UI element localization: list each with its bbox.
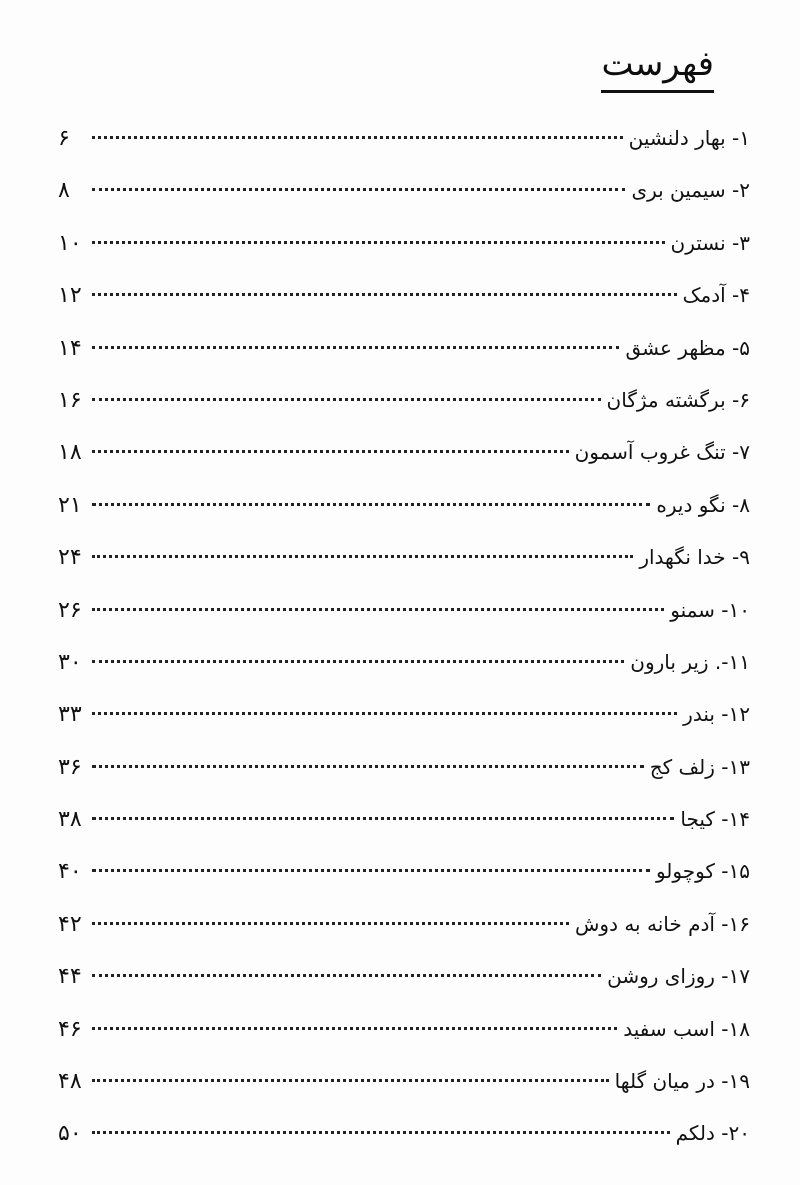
toc-entry: ۲- سیمین بری ۸ xyxy=(58,174,750,226)
dot-leader xyxy=(92,273,677,296)
dot-leader xyxy=(92,535,633,558)
toc-entry: ۱۵- کوچولو ۴۰ xyxy=(58,855,750,907)
dot-leader xyxy=(92,221,665,244)
toc-entry-page-number: ۲۶ xyxy=(58,598,92,623)
toc-entry-title: ۴- آدمک xyxy=(677,283,750,307)
toc-entry-title: ۳- نسترن xyxy=(665,231,751,255)
toc-entry-page-number: ۳۳ xyxy=(58,702,92,727)
toc-entry-title: ۲- سیمین بری xyxy=(625,178,750,202)
toc-entry: ۷- تنگ غروب آسمون ۱۸ xyxy=(58,436,750,488)
toc-entry-title: ۱۲- بندر xyxy=(677,702,750,726)
toc-entry-page-number: ۲۱ xyxy=(58,493,92,518)
dot-leader xyxy=(92,1007,617,1030)
toc-entry-page-number: ۸ xyxy=(58,178,92,203)
toc-entry-title: ۶- برگشته مژگان xyxy=(601,388,750,412)
toc-entry: ۲۰- دلکم ۵۰ xyxy=(58,1117,750,1169)
page-title: فهرست xyxy=(601,44,714,93)
toc-entry: ۵- مظهر عشق ۱۴ xyxy=(58,332,750,384)
toc-entry-page-number: ۴۲ xyxy=(58,912,92,937)
dot-leader xyxy=(92,902,569,925)
toc-entry-title: ۵- مظهر عشق xyxy=(619,336,750,360)
toc-entry-title: ۱۴- کیجا xyxy=(674,807,750,831)
dot-leader xyxy=(92,692,677,715)
toc-entry-title: ۱۸- اسب سفید xyxy=(617,1017,750,1041)
toc-entry-page-number: ۱۲ xyxy=(58,283,92,308)
toc-entry-title: ۱۱-. زیر بارون xyxy=(624,650,750,674)
toc-entry-page-number: ۳۰ xyxy=(58,650,92,675)
dot-leader xyxy=(92,116,623,139)
dot-leader xyxy=(92,1111,670,1134)
toc-entry: ۶- برگشته مژگان ۱۶ xyxy=(58,384,750,436)
dot-leader xyxy=(92,430,569,453)
toc-entry: ۳- نسترن ۱۰ xyxy=(58,227,750,279)
toc-entry-title: ۱۹- در میان گلها xyxy=(609,1069,750,1093)
table-of-contents: ۱- بهار دلنشین ۶ ۲- سیمین بری ۸ ۳- نسترن… xyxy=(58,122,750,1170)
toc-entry-page-number: ۱۶ xyxy=(58,388,92,413)
toc-entry-title: ۹- خدا نگهدار xyxy=(633,545,750,569)
toc-entry-title: ۱۰- سمنو xyxy=(664,598,750,622)
dot-leader xyxy=(92,378,601,401)
toc-entry-page-number: ۲۴ xyxy=(58,545,92,570)
toc-entry-title: ۱- بهار دلنشین xyxy=(623,126,750,150)
toc-entry-page-number: ۱۰ xyxy=(58,231,92,256)
toc-entry-page-number: ۴۰ xyxy=(58,859,92,884)
toc-entry-title: ۱۳- زلف کج xyxy=(644,755,750,779)
toc-entry: ۱۹- در میان گلها ۴۸ xyxy=(58,1065,750,1117)
toc-entry: ۱۱-. زیر بارون ۳۰ xyxy=(58,646,750,698)
toc-entry: ۴- آدمک ۱۲ xyxy=(58,279,750,331)
toc-entry: ۱۲- بندر ۳۳ xyxy=(58,698,750,750)
dot-leader xyxy=(92,640,624,663)
toc-entry-page-number: ۴۶ xyxy=(58,1017,92,1042)
toc-entry-title: ۲۰- دلکم xyxy=(670,1121,750,1145)
dot-leader xyxy=(92,1059,609,1082)
toc-entry: ۱۸- اسب سفید ۴۶ xyxy=(58,1013,750,1065)
toc-entry-title: ۱۶- آدم خانه به دوش xyxy=(569,912,750,936)
toc-entry-title: ۷- تنگ غروب آسمون xyxy=(569,440,750,464)
dot-leader xyxy=(92,745,644,768)
toc-entry: ۱۴- کیجا ۳۸ xyxy=(58,803,750,855)
toc-entry-page-number: ۳۸ xyxy=(58,807,92,832)
toc-entry-page-number: ۳۶ xyxy=(58,755,92,780)
toc-entry: ۱۰- سمنو ۲۶ xyxy=(58,594,750,646)
toc-entry: ۱۳- زلف کج ۳۶ xyxy=(58,751,750,803)
toc-entry: ۱- بهار دلنشین ۶ xyxy=(58,122,750,174)
dot-leader xyxy=(92,588,664,611)
toc-entry: ۹- خدا نگهدار ۲۴ xyxy=(58,541,750,593)
toc-entry-title: ۱۷- روزای روشن xyxy=(601,964,750,988)
toc-entry: ۸- نگو دیره ۲۱ xyxy=(58,489,750,541)
toc-entry-title: ۸- نگو دیره xyxy=(650,493,750,517)
dot-leader xyxy=(92,954,601,977)
toc-entry-page-number: ۱۴ xyxy=(58,336,92,361)
toc-entry-page-number: ۵۰ xyxy=(58,1121,92,1146)
toc-entry-page-number: ۱۸ xyxy=(58,440,92,465)
toc-entry-page-number: ۴۸ xyxy=(58,1069,92,1094)
toc-entry-page-number: ۶ xyxy=(58,126,92,151)
dot-leader xyxy=(92,168,625,191)
dot-leader xyxy=(92,849,650,872)
document-page: فهرست ۱- بهار دلنشین ۶ ۲- سیمین بری ۸ ۳-… xyxy=(0,0,800,1185)
toc-entry-page-number: ۴۴ xyxy=(58,964,92,989)
dot-leader xyxy=(92,483,650,506)
toc-entry: ۱۶- آدم خانه به دوش ۴۲ xyxy=(58,908,750,960)
dot-leader xyxy=(92,797,674,820)
dot-leader xyxy=(92,326,619,349)
toc-entry-title: ۱۵- کوچولو xyxy=(650,859,750,883)
toc-entry: ۱۷- روزای روشن ۴۴ xyxy=(58,960,750,1012)
